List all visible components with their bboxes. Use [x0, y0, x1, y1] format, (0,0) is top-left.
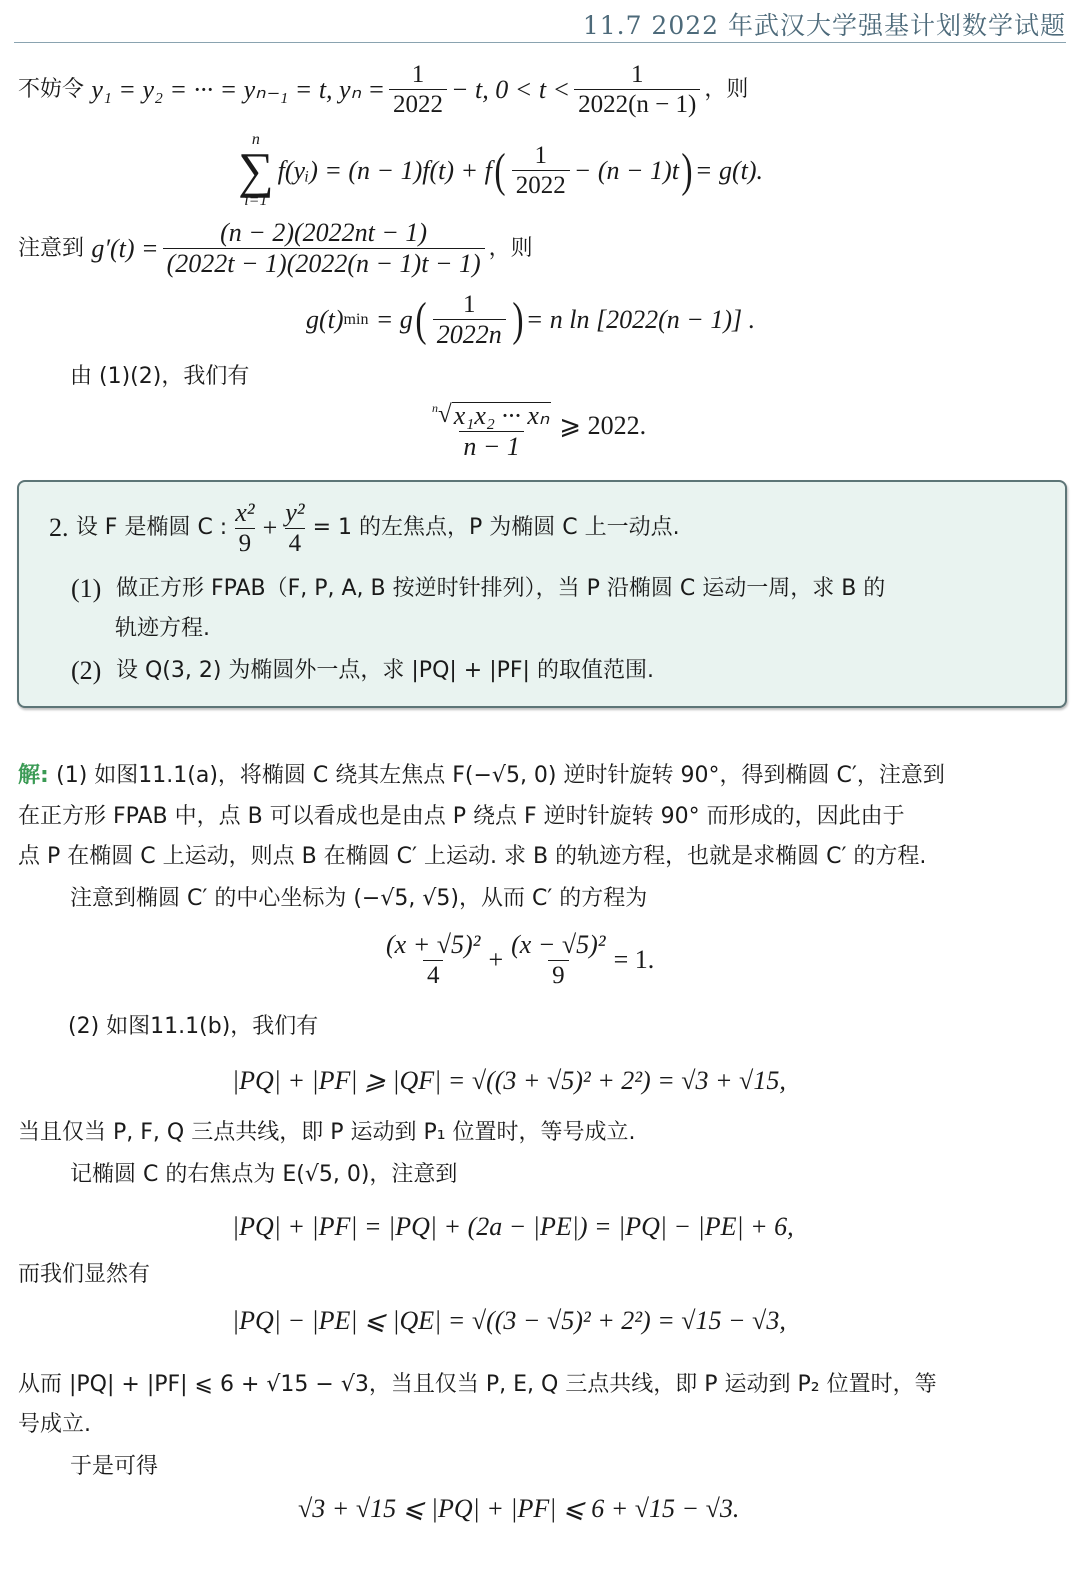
problem-number: 2. [49, 515, 69, 541]
fraction: 12022 [389, 62, 447, 117]
text: 当且仅当 P, F, Q 三点共线，即 P 运动到 P₁ 位置时，等号成立. [18, 1122, 636, 1144]
text: 设 Q(3, 2) 为椭圆外一点，求 |PQ| + |PF| 的取值范围. [116, 660, 654, 682]
math-expr: |PQ| + |PF| ⩾ |QF| = √((3 + √5)² + 2²) =… [232, 1068, 786, 1094]
text: 而我们显然有 [18, 1264, 150, 1286]
text: 在正方形 FPAB 中，点 B 可以看成也是由点 P 绕点 F 逆时针旋转 90… [18, 806, 905, 828]
page-header: 11.7 2022 年武汉大学强基计划数学试题 [583, 6, 1066, 42]
math-expr: − (n − 1)t [574, 158, 679, 184]
denominator: (2022t − 1)(2022(n − 1)t − 1) [163, 248, 485, 277]
text: 设 F 是椭圆 C : [76, 517, 227, 539]
summation: n ∑ i=1 [238, 132, 274, 209]
fraction: n√x₁x₂ ··· xₙ n − 1 [428, 392, 555, 460]
numerator: 1 [627, 62, 648, 89]
denominator: 2022(n − 1) [574, 89, 700, 117]
sigma-icon: ∑ [238, 148, 274, 193]
radicand: x₁x₂ ··· xₙ [452, 402, 552, 429]
denominator: 2022 [389, 89, 447, 117]
math-expr: = 1. [614, 947, 655, 973]
solution-line-p2-6: 号成立. [18, 1414, 91, 1436]
text: = 1 的左焦点，P 为椭圆 C 上一动点. [313, 517, 680, 539]
math-expr: = g [376, 307, 413, 333]
denominator: 9 [235, 528, 256, 556]
paren: ( [494, 147, 505, 195]
numerator: (x − √5)² [507, 932, 609, 960]
denominator: 9 [548, 960, 569, 988]
proof-line-3: 注意到 g′(t) = (n − 2)(2022nt − 1)(2022t − … [18, 220, 533, 277]
numerator: (x + √5)² [382, 932, 484, 960]
proof-line-5: 由 (1)(2)，我们有 [70, 366, 249, 388]
denominator: 4 [423, 960, 444, 988]
part-label: (1) [71, 576, 101, 602]
solution-part2-intro: (2) 如图11.1(b)，我们有 [68, 1016, 318, 1038]
solution-line-3: 点 P 在椭圆 C 上运动，则点 B 在椭圆 C′ 上运动. 求 B 的轨迹方程… [18, 846, 926, 868]
text: 注意到椭圆 C′ 的中心坐标为 (−√5, √5)，从而 C′ 的方程为 [70, 888, 647, 910]
solution-line-p2-7: 于是可得 [70, 1456, 158, 1478]
text: 注意到 [18, 238, 84, 260]
fraction: (x + √5)²4 [382, 932, 484, 988]
math-expr: √3 + √15 ⩽ |PQ| + |PF| ⩽ 6 + √15 − √3. [298, 1496, 739, 1522]
fraction: 12022(n − 1) [574, 62, 700, 117]
text: 由 (1)(2)，我们有 [70, 366, 249, 388]
math-expr: + [263, 515, 278, 541]
sum-lower: i=1 [244, 193, 267, 209]
proof-line-4: g(t)min = g ( 12022n ) = n ln [2022(n − … [306, 292, 755, 348]
header-rule [14, 42, 1066, 43]
math-expr: ⩾ 2022. [559, 413, 646, 439]
math-expr: − t, 0 < t < [451, 77, 570, 103]
problem-stem: 2. 设 F 是椭圆 C : x²9 + y²4 = 1 的左焦点，P 为椭圆 … [49, 500, 680, 556]
solution-line-2: 在正方形 FPAB 中，点 B 可以看成也是由点 P 绕点 F 逆时针旋转 90… [18, 806, 905, 828]
equation-lower-bound: |PQ| + |PF| ⩾ |QF| = √((3 + √5)² + 2²) =… [232, 1068, 786, 1094]
denominator: n − 1 [459, 431, 524, 460]
math-expr: g(t) [306, 307, 344, 333]
problem-box: 2. 设 F 是椭圆 C : x²9 + y²4 = 1 的左焦点，P 为椭圆 … [17, 480, 1067, 708]
numerator: y² [281, 500, 308, 528]
solution-line-p2-3: 记椭圆 C 的右焦点为 E(√5, 0)，注意到 [70, 1164, 457, 1186]
text: 点 P 在椭圆 C 上运动，则点 B 在椭圆 C′ 上运动. 求 B 的轨迹方程… [18, 846, 926, 868]
fraction: 12022n [433, 292, 506, 348]
numerator: 1 [408, 62, 429, 89]
text: 做正方形 FPAB（F, P, A, B 按逆时针排列），当 P 沿椭圆 C 运… [116, 578, 885, 600]
fraction: x²9 [231, 500, 258, 556]
math-expr: = g(t). [695, 158, 763, 184]
solution-line-1: 解: (1) 如图11.1(a)，将椭圆 C 绕其左焦点 F(−√5, 0) 逆… [18, 764, 945, 787]
part-label: (2) [71, 658, 101, 684]
numerator: 1 [459, 292, 480, 319]
text: 于是可得 [70, 1456, 158, 1478]
problem-part-1-cont: 轨迹方程. [115, 618, 210, 640]
equation-upper-bound: |PQ| − |PE| ⩽ |QE| = √((3 − √5)² + 2²) =… [232, 1308, 786, 1334]
nth-root: n√x₁x₂ ··· xₙ [432, 402, 551, 429]
solution-line-p2-5: 从而 |PQ| + |PF| ⩽ 6 + √15 − √3，当且仅当 P, E,… [18, 1374, 937, 1396]
subscript: min [344, 312, 369, 328]
math-expr: |PQ| + |PF| = |PQ| + (2a − |PE|) = |PQ| … [232, 1214, 794, 1240]
text: 记椭圆 C 的右焦点为 E(√5, 0)，注意到 [70, 1164, 457, 1186]
fraction: 12022 [512, 143, 570, 198]
problem-part-2: (2) 设 Q(3, 2) 为椭圆外一点，求 |PQ| + |PF| 的取值范围… [71, 658, 654, 684]
text: ，则 [489, 238, 533, 260]
text: (2) 如图11.1(b)，我们有 [68, 1016, 318, 1038]
math-expr: g′(t) = [91, 236, 158, 262]
math-expr: f(yᵢ) = (n − 1)f(t) + f [278, 158, 492, 184]
paren: ) [512, 296, 523, 344]
problem-part-1: (1) 做正方形 FPAB（F, P, A, B 按逆时针排列），当 P 沿椭圆… [71, 576, 885, 602]
denominator: 4 [285, 528, 306, 556]
radical-icon: √ [438, 402, 452, 427]
solution-line-p2-2: 当且仅当 P, F, Q 三点共线，即 P 运动到 P₁ 位置时，等号成立. [18, 1122, 636, 1144]
proof-line-6: n√x₁x₂ ··· xₙ n − 1 ⩾ 2022. [424, 392, 646, 460]
equation-ellipse-c-prime: (x + √5)²4 + (x − √5)²9 = 1. [378, 932, 654, 988]
solution-line-4: 注意到椭圆 C′ 的中心坐标为 (−√5, √5)，从而 C′ 的方程为 [70, 888, 647, 910]
denominator: 2022 [512, 170, 570, 198]
fraction: (n − 2)(2022nt − 1)(2022t − 1)(2022(n − … [163, 220, 485, 277]
paren: ) [681, 147, 692, 195]
fraction: (x − √5)²9 [507, 932, 609, 988]
fraction: y²4 [281, 500, 308, 556]
text: (1) 如图11.1(a)，将椭圆 C 绕其左焦点 F(−√5, 0) 逆时针旋… [56, 765, 945, 787]
text: 从而 |PQ| + |PF| ⩽ 6 + √15 − √3，当且仅当 P, E,… [18, 1374, 937, 1396]
math-expr: y₁ = y₂ = ··· = yₙ₋₁ = t, yₙ = [91, 77, 385, 103]
text: 轨迹方程. [115, 618, 210, 640]
solution-label: 解: [18, 765, 49, 787]
math-expr: |PQ| − |PE| ⩽ |QE| = √((3 − √5)² + 2²) =… [232, 1308, 786, 1334]
equation-final-range: √3 + √15 ⩽ |PQ| + |PF| ⩽ 6 + √15 − √3. [298, 1496, 739, 1522]
solution-line-p2-4: 而我们显然有 [18, 1264, 150, 1286]
numerator: 1 [531, 143, 552, 170]
text: 号成立. [18, 1414, 91, 1436]
proof-line-2: n ∑ i=1 f(yᵢ) = (n − 1)f(t) + f ( 12022 … [238, 132, 763, 209]
math-expr: + [488, 947, 503, 973]
proof-line-1: 不妨令 y₁ = y₂ = ··· = yₙ₋₁ = t, yₙ = 12022… [18, 62, 748, 117]
numerator: (n − 2)(2022nt − 1) [216, 220, 431, 248]
equation-focal-identity: |PQ| + |PF| = |PQ| + (2a − |PE|) = |PQ| … [232, 1214, 794, 1240]
numerator: x² [231, 500, 258, 528]
denominator: 2022n [433, 319, 506, 348]
text: ，则 [704, 79, 748, 101]
paren: ( [415, 296, 426, 344]
numerator: n√x₁x₂ ··· xₙ [428, 392, 555, 431]
text: 不妨令 [18, 79, 84, 101]
math-expr: = n ln [2022(n − 1)] . [526, 307, 755, 333]
